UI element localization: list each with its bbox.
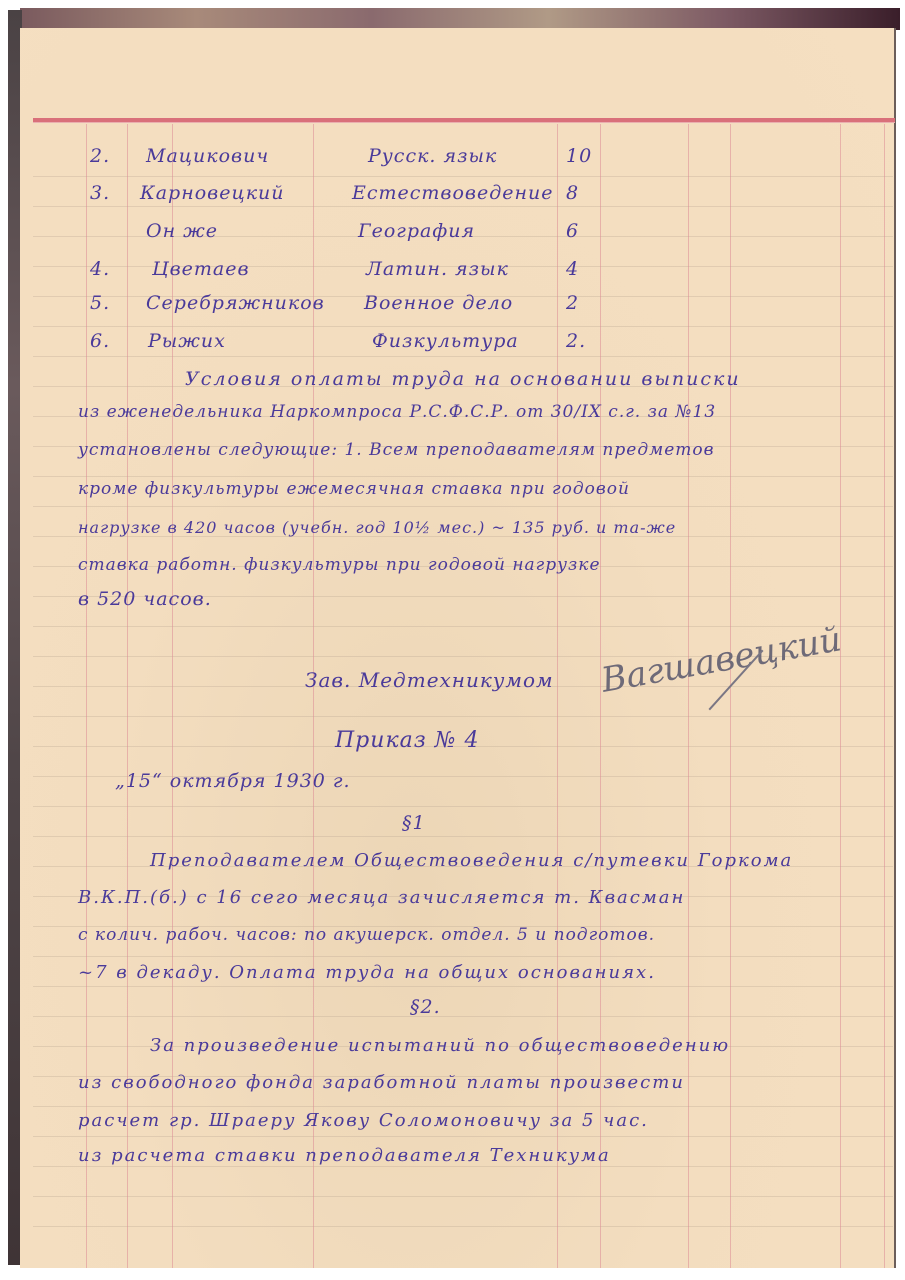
- text-line: Преподавателем Обществоведения с/путевки…: [150, 850, 793, 871]
- text-line: За произведение испытаний по обществовед…: [150, 1035, 730, 1056]
- hours: 6: [566, 220, 579, 242]
- text-line: нагрузке в 420 часов (учебн. год 10½ мес…: [78, 518, 676, 537]
- text-line: расчет гр. Шраеру Якову Соломоновичу за …: [78, 1110, 649, 1131]
- text-line: В.К.П.(б.) с 16 сего месяца зачисляется …: [78, 887, 685, 908]
- subject: Латин. язык: [366, 258, 509, 280]
- order-date: „15“ октября 1930 г.: [115, 770, 351, 792]
- text-line: Условия оплаты труда на основании выписк…: [185, 368, 741, 390]
- hours: 8: [566, 182, 579, 204]
- subject: Русск. язык: [368, 145, 497, 167]
- text-line: из расчета ставки преподавателя Техникум…: [78, 1145, 611, 1166]
- teacher-name: Рыжих: [148, 330, 226, 352]
- order-title: Приказ № 4: [335, 728, 480, 753]
- text-line: ~7 в декаду. Оплата труда на общих основ…: [78, 962, 656, 983]
- subject: География: [358, 220, 475, 242]
- text-line: ставка работн. физкультуры при годовой н…: [78, 555, 601, 575]
- hours: 2.: [566, 330, 586, 352]
- teacher-name: Он же: [146, 220, 218, 242]
- text-line: в 520 часов.: [78, 588, 212, 610]
- row-number: 2.: [90, 145, 110, 167]
- teacher-name: Мацикович: [146, 145, 269, 167]
- text-line: установлены следующие: 1. Всем преподава…: [78, 440, 715, 460]
- director-title: Зав. Медтехникумом: [305, 668, 554, 692]
- top-red-rule: [33, 118, 895, 123]
- teacher-name: Карновецкий: [140, 182, 285, 204]
- subject: Естествоведение: [352, 182, 554, 204]
- hours: 10: [566, 145, 592, 167]
- section-2-label: §2.: [410, 996, 441, 1018]
- section-1-label: §1: [402, 812, 426, 834]
- subject: Военное дело: [364, 292, 513, 314]
- row-number: 6.: [90, 330, 110, 352]
- text-line: кроме физкультуры ежемесячная ставка при…: [78, 479, 630, 499]
- hours: 2: [566, 292, 579, 314]
- row-number: 4.: [90, 258, 110, 280]
- subject: Физкультура: [372, 330, 519, 352]
- text-line: из свободного фонда заработной платы про…: [78, 1072, 685, 1093]
- teacher-name: Цветаев: [152, 258, 250, 280]
- row-number: 5.: [90, 292, 110, 314]
- text-line: из еженедельника Наркомпроса Р.С.Ф.С.Р. …: [78, 402, 716, 422]
- hours: 4: [566, 258, 579, 280]
- row-number: 3.: [90, 182, 110, 204]
- text-line: с колич. рабоч. часов: по акушерск. отде…: [78, 925, 655, 945]
- book-cover-top-edge: [20, 8, 900, 30]
- teacher-name: Серебряжников: [146, 292, 325, 314]
